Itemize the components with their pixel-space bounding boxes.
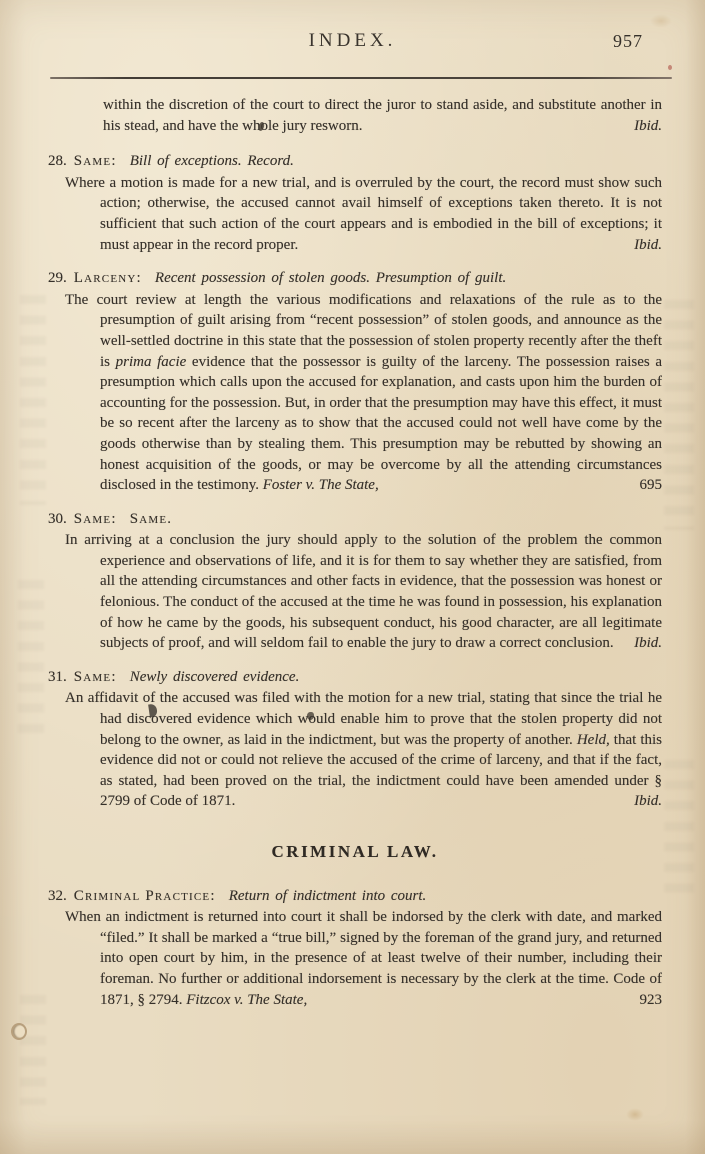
index-entry: 32.Criminal Practice:Return of indictmen… (48, 886, 662, 1011)
running-head: INDEX. 957 (0, 30, 705, 60)
show-through-artifact (664, 760, 694, 900)
entry-heading: 30.Same:Same. (48, 509, 662, 530)
entry-heading: 32.Criminal Practice:Return of indictmen… (48, 886, 662, 907)
entry-catchline: Same. (130, 511, 173, 527)
index-entry: 31.Same:Newly discovered evidence.An aff… (48, 667, 662, 812)
body-text: In arriving at a conclusion the jury sho… (65, 532, 662, 651)
carryover-paragraph: within the discretion of the court to di… (103, 95, 662, 136)
entry-body: An affidavit of the accused was filed wi… (100, 688, 662, 812)
entry-number: 31. (48, 669, 67, 685)
entry-number: 32. (48, 888, 67, 904)
held-term: Held, (577, 732, 610, 748)
page-content: within the discretion of the court to di… (48, 92, 662, 1023)
entry-body: Where a motion is made for a new trial, … (100, 173, 662, 255)
case-citation: Foster v. The State, (263, 477, 379, 493)
page-reference: 695 (640, 475, 663, 496)
entry-catchline: Bill of exceptions. Record. (130, 153, 294, 169)
section-heading: CRIMINAL LAW. (48, 842, 662, 863)
paper-stain (626, 1108, 644, 1121)
body-text: An affidavit of the accused was filed wi… (65, 690, 662, 747)
entry-term: Criminal Practice: (74, 888, 216, 904)
entry-catchline: Recent possession of stolen goods. Presu… (155, 270, 506, 286)
carryover-text: within the discretion of the court to di… (103, 97, 662, 134)
page-number: 957 (613, 31, 643, 52)
entry-number: 30. (48, 511, 67, 527)
body-text: Where a motion is made for a new trial, … (65, 175, 662, 253)
page-reference: 923 (640, 990, 663, 1011)
ibid-citation: Ibid. (634, 116, 662, 137)
latin-phrase: prima facie (116, 354, 187, 370)
index-entry: 29.Larceny:Recent possession of stolen g… (48, 268, 662, 496)
entry-term: Larceny: (74, 270, 142, 286)
ibid-citation: Ibid. (634, 235, 662, 256)
entry-body: When an indictment is returned into cour… (100, 907, 662, 1010)
entry-heading: 28.Same:Bill of exceptions. Record. (48, 151, 662, 172)
ibid-citation: Ibid. (634, 791, 662, 812)
entry-number: 29. (48, 270, 67, 286)
entry-term: Same: (74, 153, 117, 169)
paper-stain (11, 1023, 27, 1040)
entry-heading: 29.Larceny:Recent possession of stolen g… (48, 268, 662, 289)
index-entry: 30.Same:Same.In arriving at a conclusion… (48, 509, 662, 654)
entry-catchline: Return of indictment into court. (229, 888, 427, 904)
entry-number: 28. (48, 153, 67, 169)
body-text: evidence that the possessor is guilty of… (100, 354, 662, 494)
entry-term: Same: (74, 669, 117, 685)
entry-body: The court review at length the various m… (100, 290, 662, 496)
book-page: INDEX. 957 within the discretion of the … (0, 0, 705, 1154)
show-through-artifact (664, 300, 694, 530)
show-through-artifact (20, 995, 46, 1105)
show-through-artifact (20, 295, 46, 505)
entry-heading: 31.Same:Newly discovered evidence. (48, 667, 662, 688)
entry-term: Same: (74, 511, 117, 527)
running-head-title: INDEX. (309, 30, 397, 52)
paper-stain (650, 14, 672, 28)
ink-speck (668, 65, 672, 70)
entry-body: In arriving at a conclusion the jury sho… (100, 530, 662, 654)
entry-list: 28.Same:Bill of exceptions. Record.Where… (48, 151, 662, 1010)
index-entry: 28.Same:Bill of exceptions. Record.Where… (48, 151, 662, 255)
show-through-artifact (18, 580, 44, 740)
body-text: When an indictment is returned into cour… (65, 909, 662, 1007)
entry-catchline: Newly discovered evidence. (130, 669, 300, 685)
header-rule (50, 77, 672, 79)
case-citation: Fitzcox v. The State, (186, 992, 307, 1008)
ibid-citation: Ibid. (634, 633, 662, 654)
